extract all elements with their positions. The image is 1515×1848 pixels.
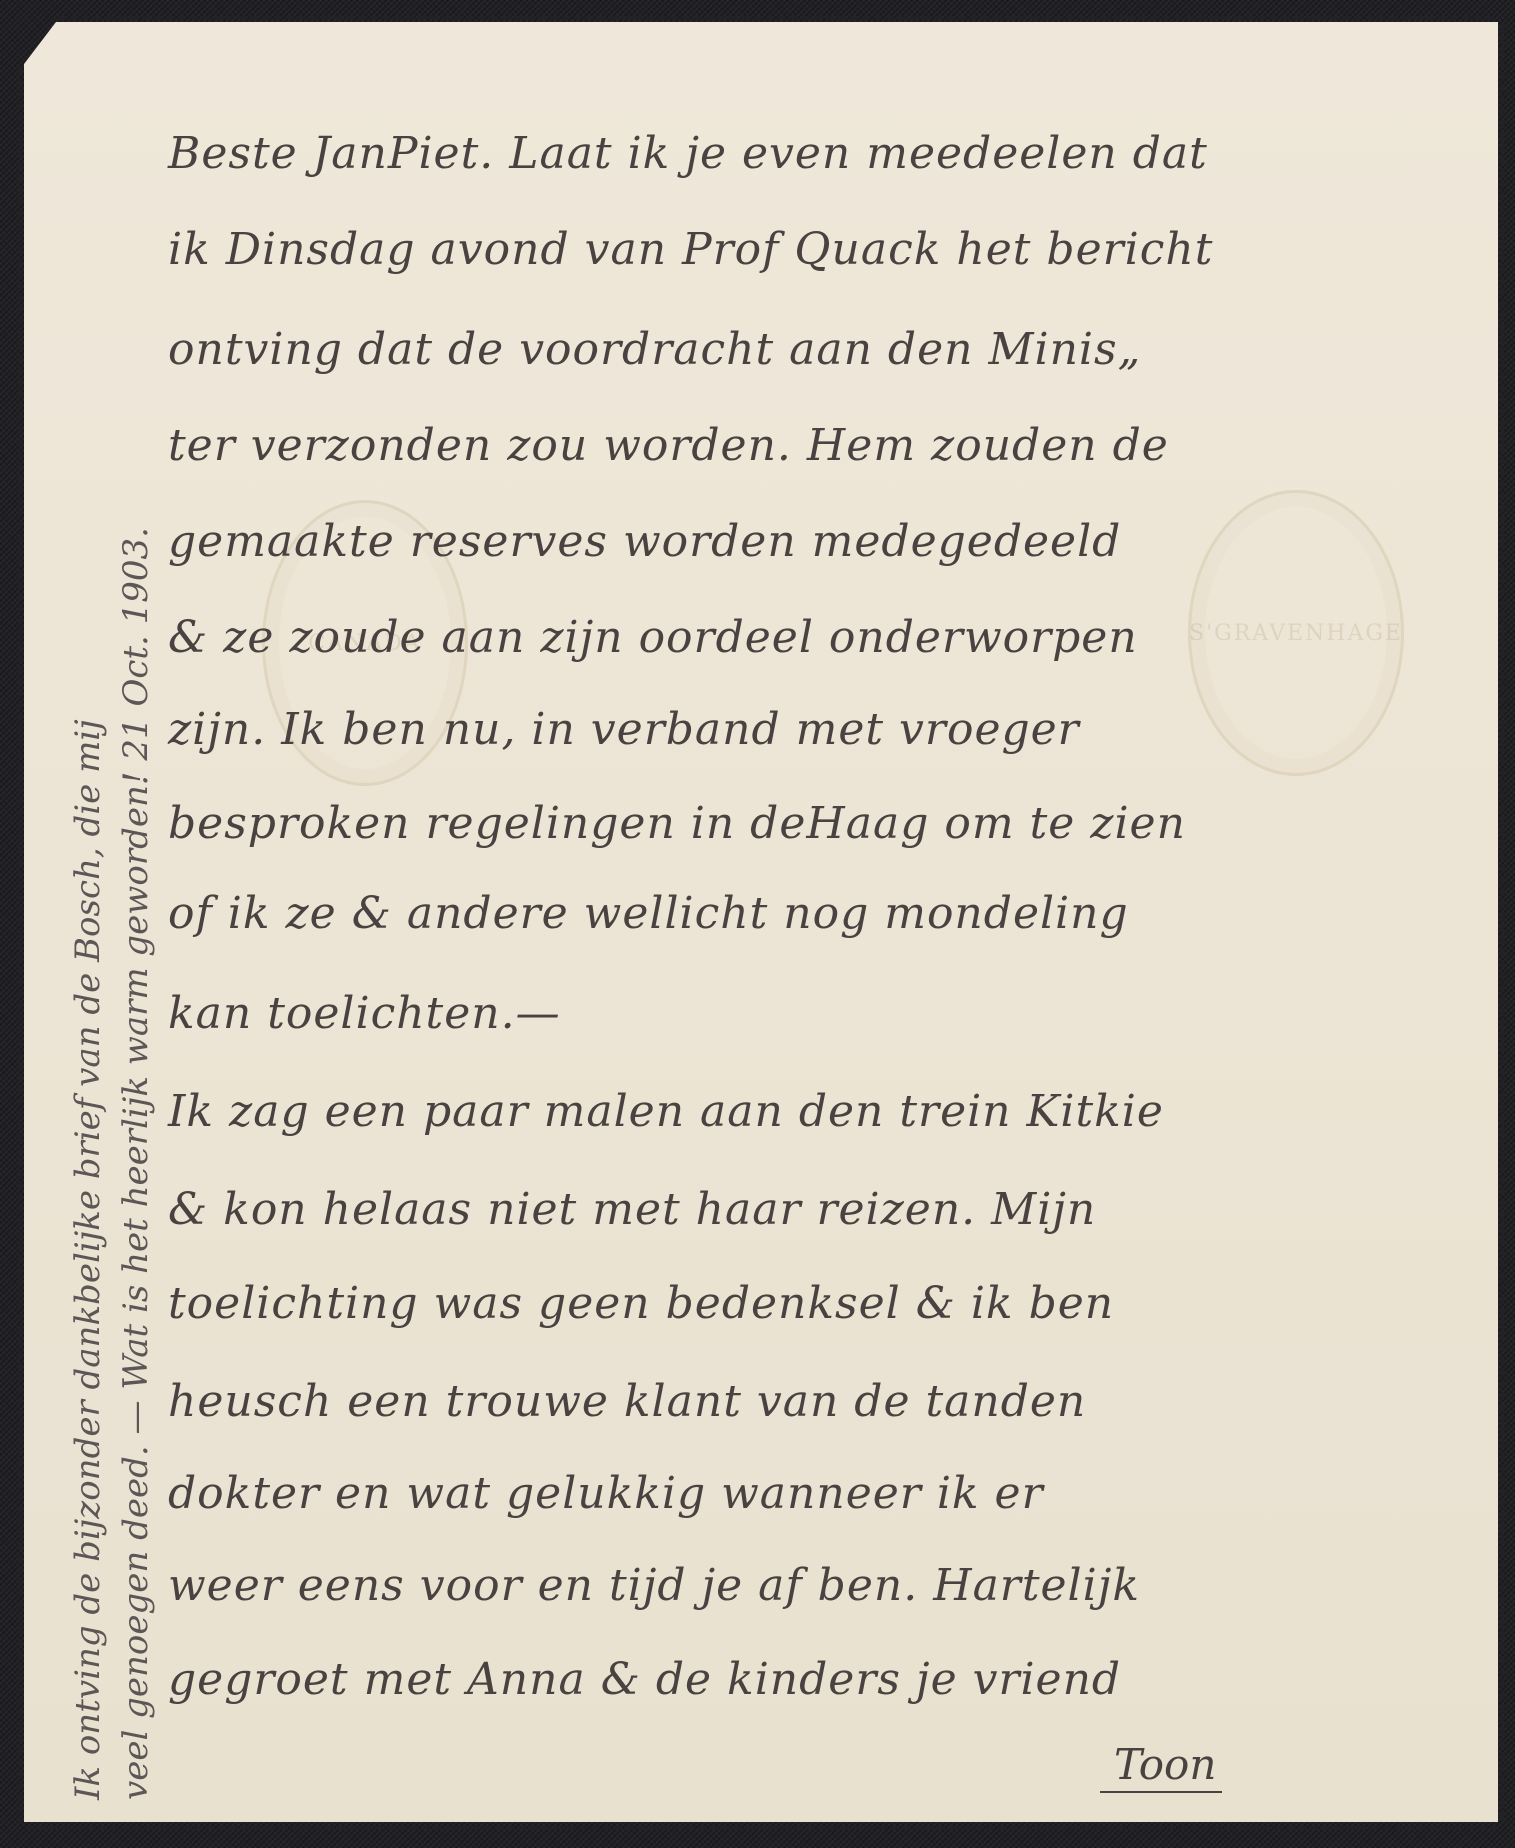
letter-line: ter verzonden zou worden. Hem zouden de xyxy=(168,420,1169,471)
postmark-stamp-right: S'GRAVENHAGE xyxy=(1188,490,1404,776)
margin-note-vertical: Ik ontving de bijzonder dankbelijke brie… xyxy=(64,160,160,1800)
letter-line: Ik zag een paar malen aan den trein Kitk… xyxy=(168,1086,1164,1137)
perforated-edge-left xyxy=(18,64,30,1824)
letter-line: ontving dat de voordracht aan den Minis„ xyxy=(168,324,1141,375)
letter-line: gemaakte reserves worden medegedeeld xyxy=(168,516,1121,567)
postmark-text: S'GRAVENHAGE xyxy=(1189,621,1403,646)
margin-note-line: veel genoegen deed. — Wat is het heerlij… xyxy=(112,160,160,1800)
letter-line: dokter en wat gelukkig wanneer ik er xyxy=(168,1468,1044,1519)
margin-note-line: Ik ontving de bijzonder dankbelijke brie… xyxy=(64,160,112,1800)
letter-line: & ze zoude aan zijn oordeel onderworpen xyxy=(168,612,1138,663)
letter-line: weer eens voor en tijd je af ben. Hartel… xyxy=(168,1560,1140,1611)
letter-line: toelichting was geen bedenksel & ik ben xyxy=(168,1278,1114,1329)
letter-line: gegroet met Anna & de kinders je vriend xyxy=(168,1654,1121,1705)
letter-line: Beste JanPiet. Laat ik je even meedeelen… xyxy=(168,128,1208,179)
letter-line: zijn. Ik ben nu, in verband met vroeger xyxy=(168,704,1080,755)
perforated-edge-top xyxy=(56,16,1498,28)
letter-line: & kon helaas niet met haar reizen. Mijn xyxy=(168,1184,1096,1235)
letter-line: heusch een trouwe klant van de tanden xyxy=(168,1376,1086,1427)
perforated-edge-bottom xyxy=(24,1818,1498,1830)
letter-line: ik Dinsdag avond van Prof Quack het beri… xyxy=(168,224,1213,275)
signature: Toon xyxy=(1100,1740,1222,1793)
letter-line: of ik ze & andere wellicht nog mondeling xyxy=(168,888,1129,939)
letter-line: kan toelichten.— xyxy=(168,988,561,1039)
letter-line: besproken regelingen in deHaag om te zie… xyxy=(168,798,1186,849)
perforated-edge-right xyxy=(1492,22,1504,1822)
